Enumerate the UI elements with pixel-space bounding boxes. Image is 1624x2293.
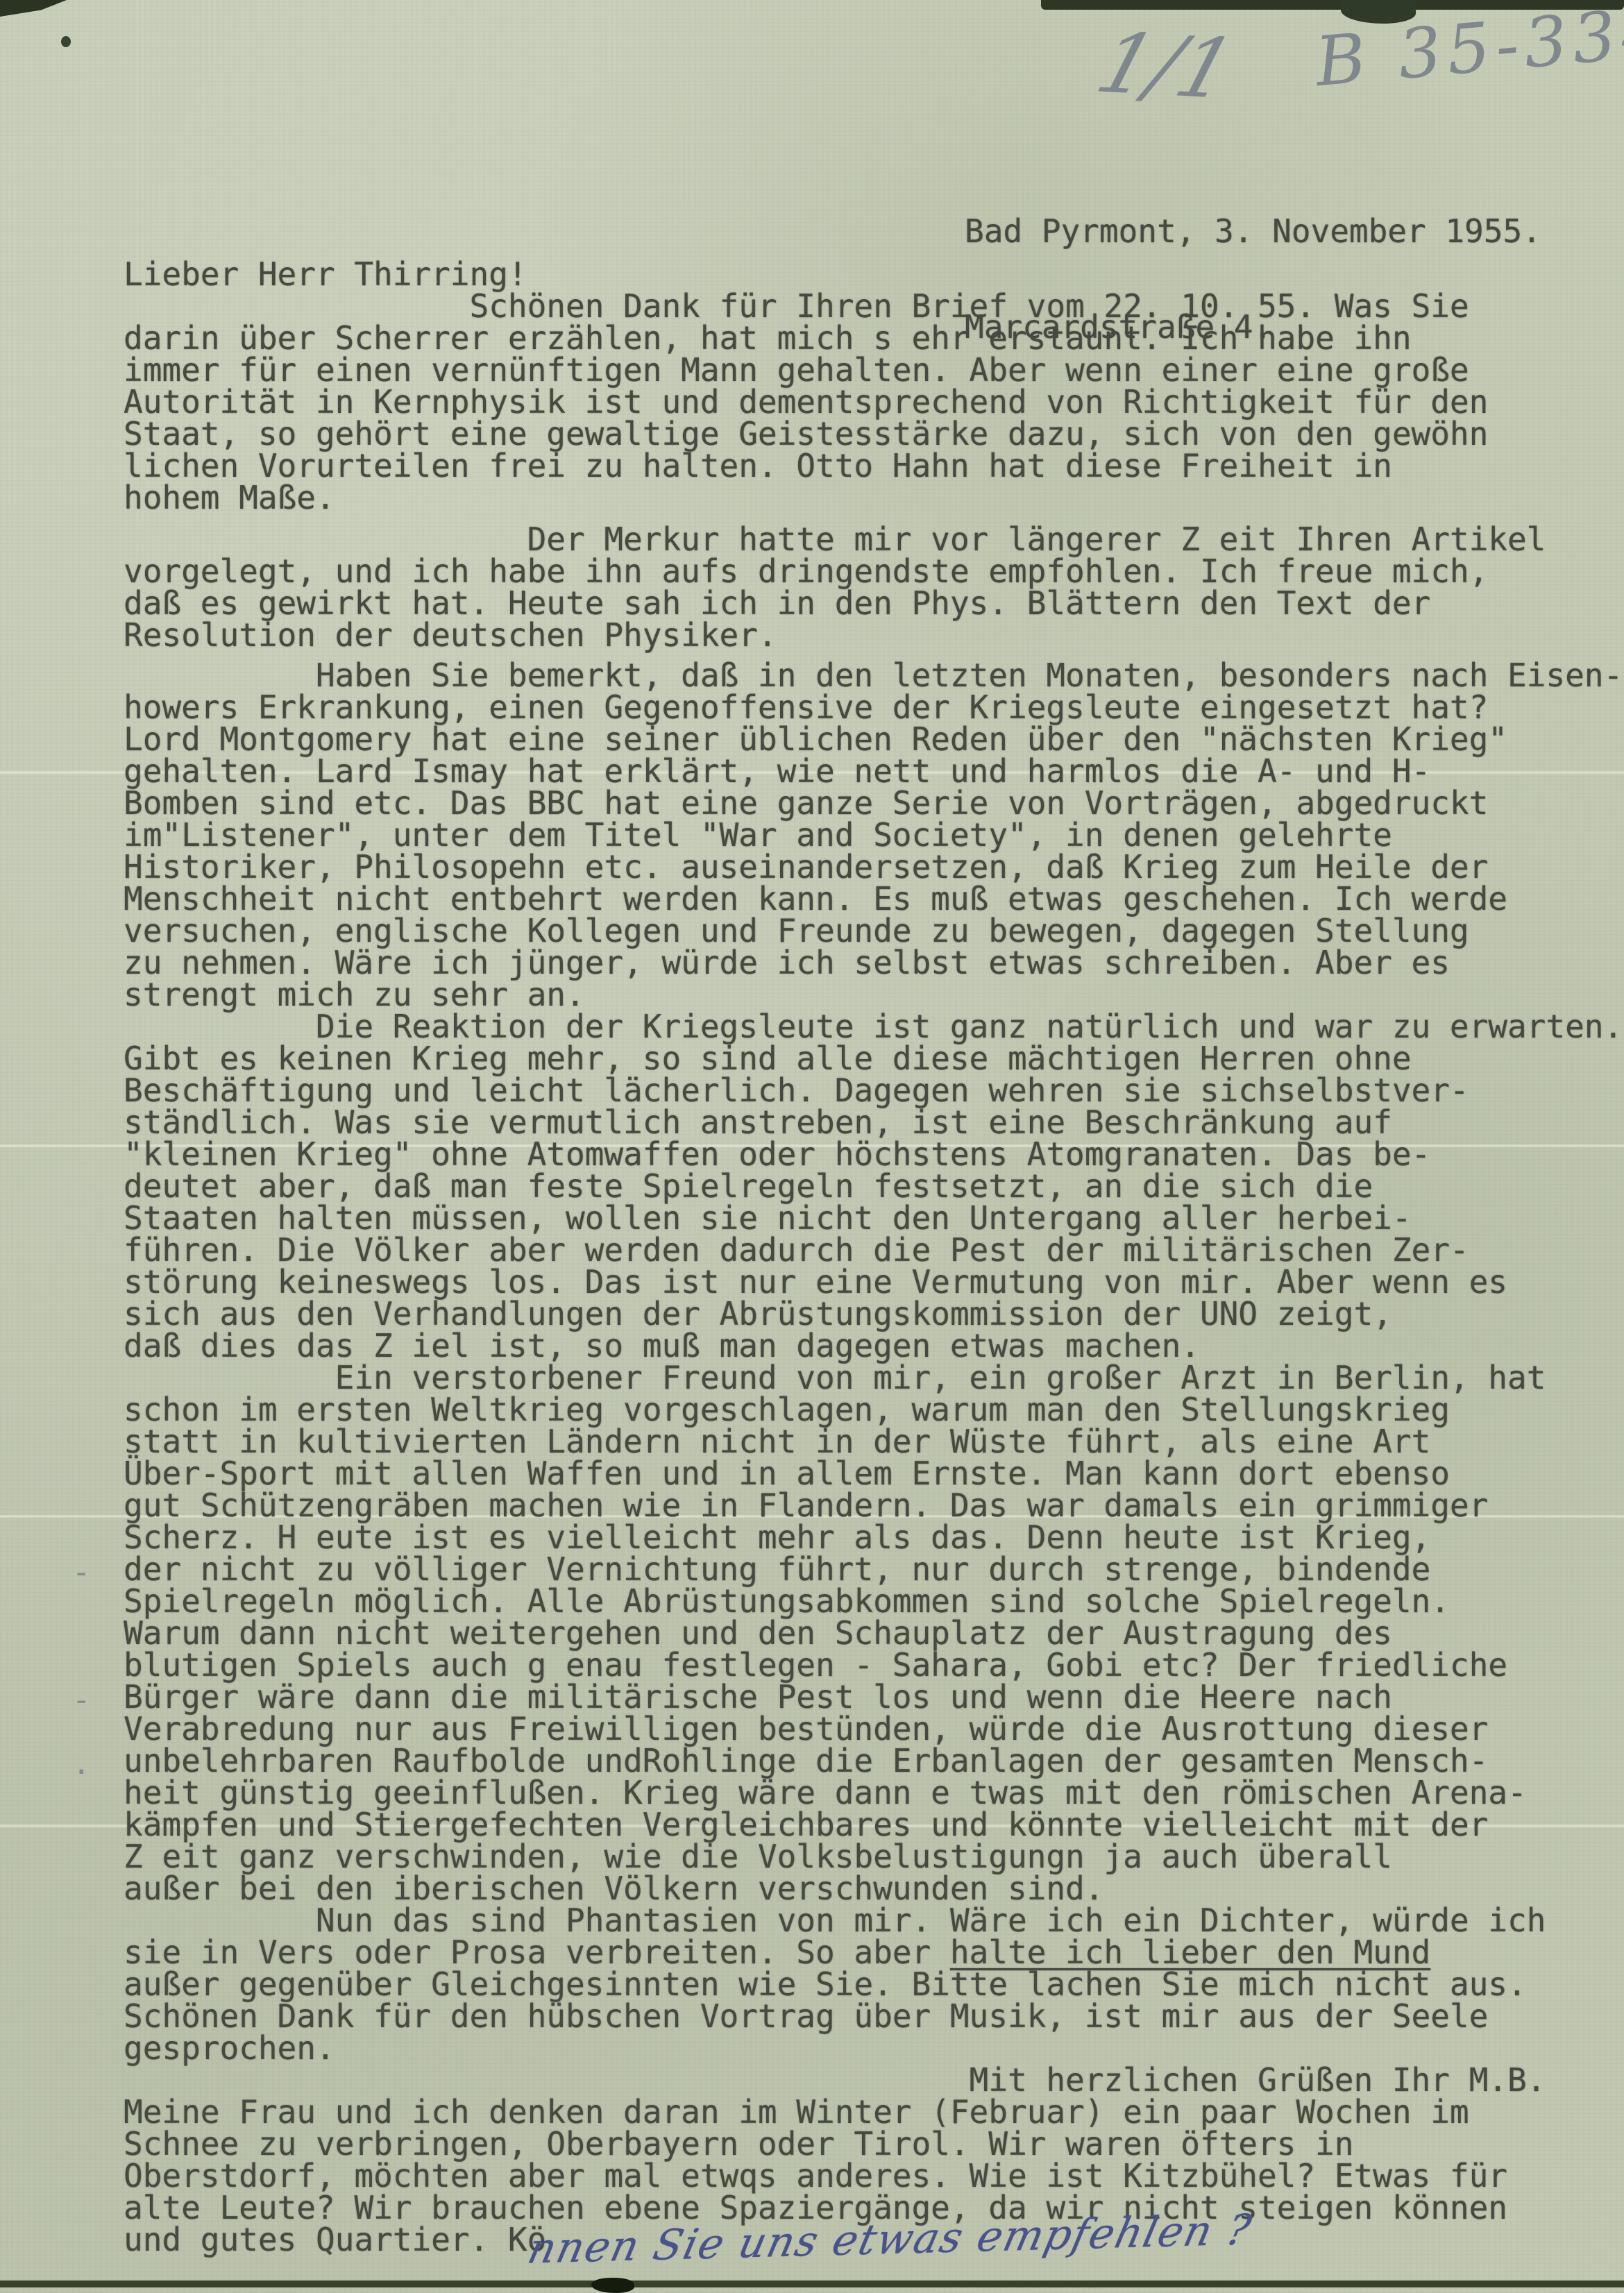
typed-line: Mit herzlichen Grüßen Ihr M.B. <box>124 2064 1624 2096</box>
typed-line: sich aus den Verhandlungen der Abrüstung… <box>124 1298 1624 1330</box>
typed-line: Über-Sport mit allen Waffen und in allem… <box>124 1457 1624 1489</box>
paper-edge-blob <box>591 2278 634 2293</box>
letter-body: Schönen Dank für Ihren Brief vom 22. 10.… <box>124 290 1624 2256</box>
archive-page-mark: 1/1 <box>1087 15 1246 117</box>
typed-line: darin über Scherrer erzählen, hat mich s… <box>124 322 1624 354</box>
typed-line: Menschheit nicht entbehrt werden kann. E… <box>124 883 1624 915</box>
typed-line: Bomben sind etc. Das BBC hat eine ganze … <box>124 787 1624 819</box>
typed-line: führen. Die Völker aber werden dadurch d… <box>124 1234 1624 1266</box>
typed-line: Schnee zu verbringen, Oberbayern oder Ti… <box>124 2128 1624 2160</box>
paragraph: Ein verstorbener Freund von mir, ein gro… <box>124 1362 1624 1904</box>
typed-line: Z eit ganz verschwinden, wie die Volksbe… <box>124 1841 1624 1872</box>
typed-line: außer bei den iberischen Völkern verschw… <box>124 1872 1624 1904</box>
typed-line: störung keineswegs los. Das ist nur eine… <box>124 1266 1624 1298</box>
paragraph: Mit herzlichen Grüßen Ihr M.B. <box>124 2064 1624 2096</box>
typed-line: daß es gewirkt hat. Heute sah ich in den… <box>124 587 1624 619</box>
typed-line: Schönen Dank für den hübschen Vortrag üb… <box>124 2000 1624 2032</box>
paper-edge-top-right <box>1041 0 1624 10</box>
salutation: Lieber Herr Thirring! <box>124 258 527 290</box>
typed-line: Autorität in Kernphysik ist und dementsp… <box>124 386 1624 418</box>
typed-line: hohem Maße. <box>124 482 1624 514</box>
typed-line: gesprochen. <box>124 2032 1624 2064</box>
typed-line: Bürger wäre dann die militärische Pest l… <box>124 1681 1624 1713</box>
typed-line: gut Schützengräben machen wie in Flander… <box>124 1489 1624 1521</box>
typed-line: Schönen Dank für Ihren Brief vom 22. 10.… <box>124 290 1624 322</box>
typed-line: unbelehrbaren Raufbolde undRohlinge die … <box>124 1745 1624 1777</box>
typed-line: vorgelegt, und ich habe ihn aufs dringen… <box>124 555 1624 587</box>
paper-edge-top-left <box>0 0 67 17</box>
typed-line: gehalten. Lard Ismay hat erklärt, wie ne… <box>124 755 1624 787</box>
typed-line: Die Reaktion der Kriegsleute ist ganz na… <box>124 1010 1624 1042</box>
margin-dash-1: - <box>72 1555 91 1590</box>
typed-line: außer gegenüber Gleichgesinnten wie Sie.… <box>124 1968 1624 2000</box>
typed-line: immer für einen vernünftigen Mann gehalt… <box>124 354 1624 386</box>
typed-line: statt in kultivierten Ländern nicht in d… <box>124 1425 1624 1457</box>
typed-line: Lord Montgomery hat eine seiner üblichen… <box>124 723 1624 755</box>
typed-line: Verabredung nur aus Freiwilligen bestünd… <box>124 1713 1624 1745</box>
paper-edge-bottom <box>0 2281 1624 2287</box>
typed-line: Scherz. H eute ist es vielleicht mehr al… <box>124 1521 1624 1553</box>
paragraph: Schönen Dank für Ihren Brief vom 22. 10.… <box>124 290 1624 514</box>
paragraph: Nun das sind Phantasien von mir. Wäre ic… <box>124 1904 1624 2064</box>
margin-dot: . <box>72 1746 91 1782</box>
typed-line: Meine Frau und ich denken daran im Winte… <box>124 2096 1624 2128</box>
typed-line: schon im ersten Weltkrieg vorgeschlagen,… <box>124 1394 1624 1425</box>
typed-line: lichen Vorurteilen frei zu halten. Otto … <box>124 450 1624 482</box>
typed-line: deutet aber, daß man feste Spielregeln f… <box>124 1170 1624 1202</box>
typed-line: der nicht zu völliger Vernichtung führt,… <box>124 1553 1624 1585</box>
typed-line: Der Merkur hatte mir vor längerer Z eit … <box>124 523 1624 555</box>
typed-line: "kleinen Krieg" ohne Atomwaffen oder höc… <box>124 1138 1624 1170</box>
typed-line: kämpfen und Stiergefechten Vergleichbare… <box>124 1809 1624 1841</box>
typed-line: Staaten halten müssen, wollen sie nicht … <box>124 1202 1624 1234</box>
typed-line: howers Erkrankung, einen Gegenoffensive … <box>124 691 1624 723</box>
typed-line: versuchen, englische Kollegen und Freund… <box>124 915 1624 947</box>
typed-line: blutigen Spiels auch g enau festlegen - … <box>124 1649 1624 1681</box>
typed-line: zu nehmen. Wäre ich jünger, würde ich se… <box>124 947 1624 979</box>
paragraph: Der Merkur hatte mir vor längerer Z eit … <box>124 523 1624 651</box>
typed-line: sie in Vers oder Prosa verbreiten. So ab… <box>124 1936 1624 1968</box>
margin-dash-2: - <box>72 1682 91 1718</box>
typed-line: Staat, so gehört eine gewaltige Geistess… <box>124 418 1624 450</box>
typed-line: Gibt es keinen Krieg mehr, so sind alle … <box>124 1042 1624 1074</box>
typed-line: ständlich. Was sie vermutlich anstreben,… <box>124 1106 1624 1138</box>
typed-line: strengt mich zu sehr an. <box>124 979 1624 1010</box>
typed-line: Spielregeln möglich. Alle Abrüstungsabko… <box>124 1585 1624 1617</box>
typed-line: Nun das sind Phantasien von mir. Wäre ic… <box>124 1904 1624 1936</box>
paragraph: Haben Sie bemerkt, daß in den letzten Mo… <box>124 659 1624 1010</box>
typed-line: Haben Sie bemerkt, daß in den letzten Mo… <box>124 659 1624 691</box>
typed-line: heit günstig geeinflußen. Krieg wäre dan… <box>124 1777 1624 1809</box>
typed-line: daß dies das Z iel ist, so muß man dageg… <box>124 1330 1624 1362</box>
place-date-line: Bad Pyrmont, 3. November 1955. <box>965 215 1541 247</box>
typed-line: im"Listener", unter dem Titel "War and S… <box>124 819 1624 851</box>
typed-line: Oberstdorf, möchten aber mal etwqs ander… <box>124 2160 1624 2192</box>
scanned-letter-page: 1/1 B 35-3349 Bad Pyrmont, 3. November 1… <box>0 0 1624 2293</box>
typed-line: Beschäftigung und leicht lächerlich. Dag… <box>124 1074 1624 1106</box>
typed-line: Historiker, Philosopehn etc. auseinander… <box>124 851 1624 883</box>
typed-line: Ein verstorbener Freund von mir, ein gro… <box>124 1362 1624 1394</box>
typed-line: Resolution der deutschen Physiker. <box>124 619 1624 651</box>
typed-line: Warum dann nicht weitergehen und den Sch… <box>124 1617 1624 1649</box>
paragraph: Die Reaktion der Kriegsleute ist ganz na… <box>124 1010 1624 1362</box>
paper-speck <box>61 36 71 47</box>
